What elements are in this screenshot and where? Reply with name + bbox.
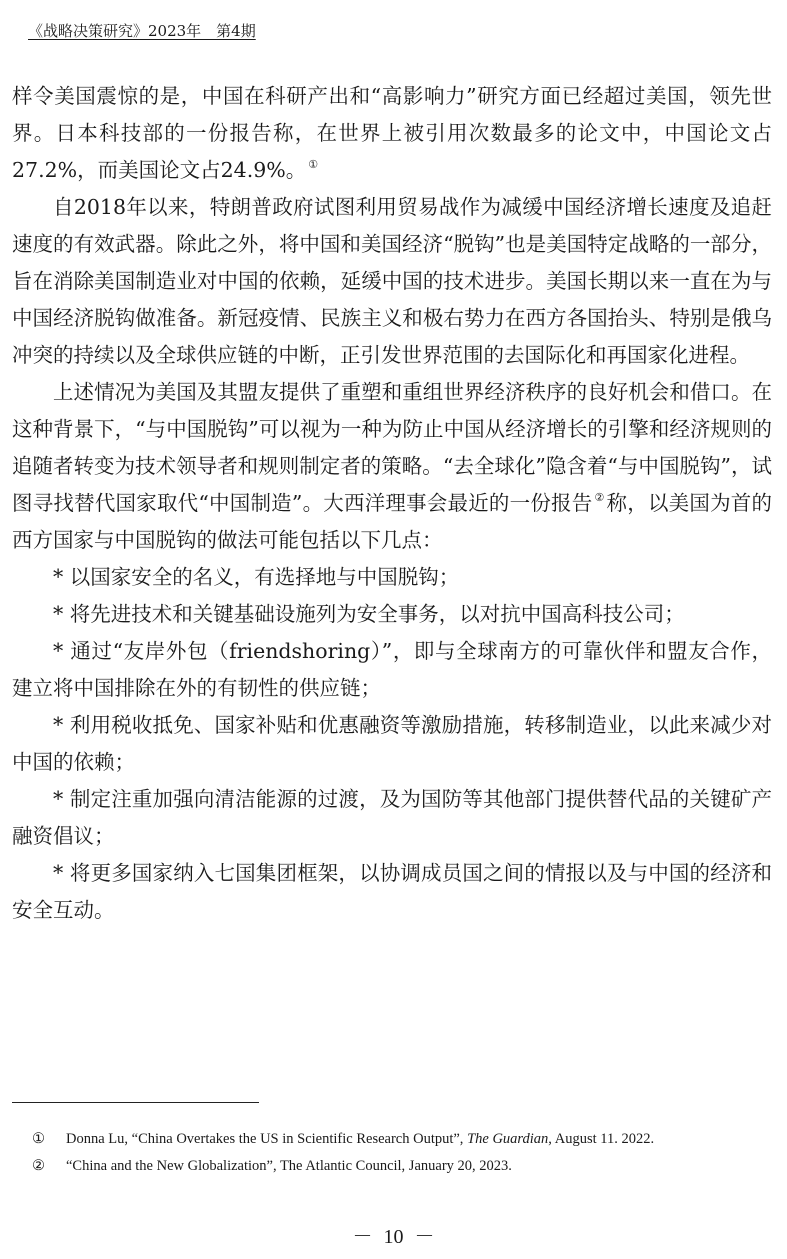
footnote-1: ①Donna Lu, “China Overtakes the US in Sc…: [12, 1126, 774, 1153]
bullet-item-6: * 将更多国家纳入七国集团框架，以协调成员国之间的情报以及与中国的经济和安全互动…: [12, 855, 772, 929]
bullet-item-5: * 制定注重加强向清洁能源的过渡，及为国防等其他部门提供替代品的关键矿产融资倡议…: [12, 781, 772, 855]
footnote-ref-1[interactable]: ①: [308, 158, 318, 171]
paragraph-decoupling: 上述情况为美国及其盟友提供了重塑和重组世界经济秩序的良好机会和借口。在这种背景下…: [12, 374, 772, 559]
bullet-item-2: * 将先进技术和关键基础设施列为安全事务，以对抗中国高科技公司；: [12, 596, 772, 633]
footnotes: ①Donna Lu, “China Overtakes the US in Sc…: [12, 1126, 774, 1180]
page-number: － 10 －: [0, 1224, 787, 1250]
footnote-mark: ②: [32, 1153, 66, 1180]
bullet-item-3: * 通过“友岸外包（friendshoring）”，即与全球南方的可靠伙伴和盟友…: [12, 633, 772, 707]
footnote-ref-2[interactable]: ②: [594, 491, 604, 504]
footnote-2: ②“China and the New Globalization”, The …: [12, 1153, 774, 1180]
paragraph-trade-war: 自2018年以来，特朗普政府试图利用贸易战作为减缓中国经济增长速度及追赶速度的有…: [12, 189, 772, 374]
footnote-mark: ①: [32, 1126, 66, 1153]
footnote-divider: [12, 1102, 259, 1103]
footnote-text: , August 11. 2022.: [548, 1131, 654, 1147]
paragraph-text: 样令美国震惊的是，中国在科研产出和“高影响力”研究方面已经超过美国，领先世界。日…: [12, 84, 772, 182]
article-body: 样令美国震惊的是，中国在科研产出和“高影响力”研究方面已经超过美国，领先世界。日…: [12, 78, 772, 929]
bullet-item-1: * 以国家安全的名义，有选择地与中国脱钩；: [12, 559, 772, 596]
running-header: 《战略决策研究》2023年 第4期: [28, 20, 256, 42]
paragraph-continued: 样令美国震惊的是，中国在科研产出和“高影响力”研究方面已经超过美国，领先世界。日…: [12, 78, 772, 189]
footnote-text: “China and the New Globalization”, The A…: [66, 1158, 512, 1174]
bullet-item-4: * 利用税收抵免、国家补贴和优惠融资等激励措施，转移制造业，以此来减少对中国的依…: [12, 707, 772, 781]
footnote-text: Donna Lu, “China Overtakes the US in Sci…: [66, 1131, 467, 1147]
publication-title: The Guardian: [467, 1131, 548, 1147]
